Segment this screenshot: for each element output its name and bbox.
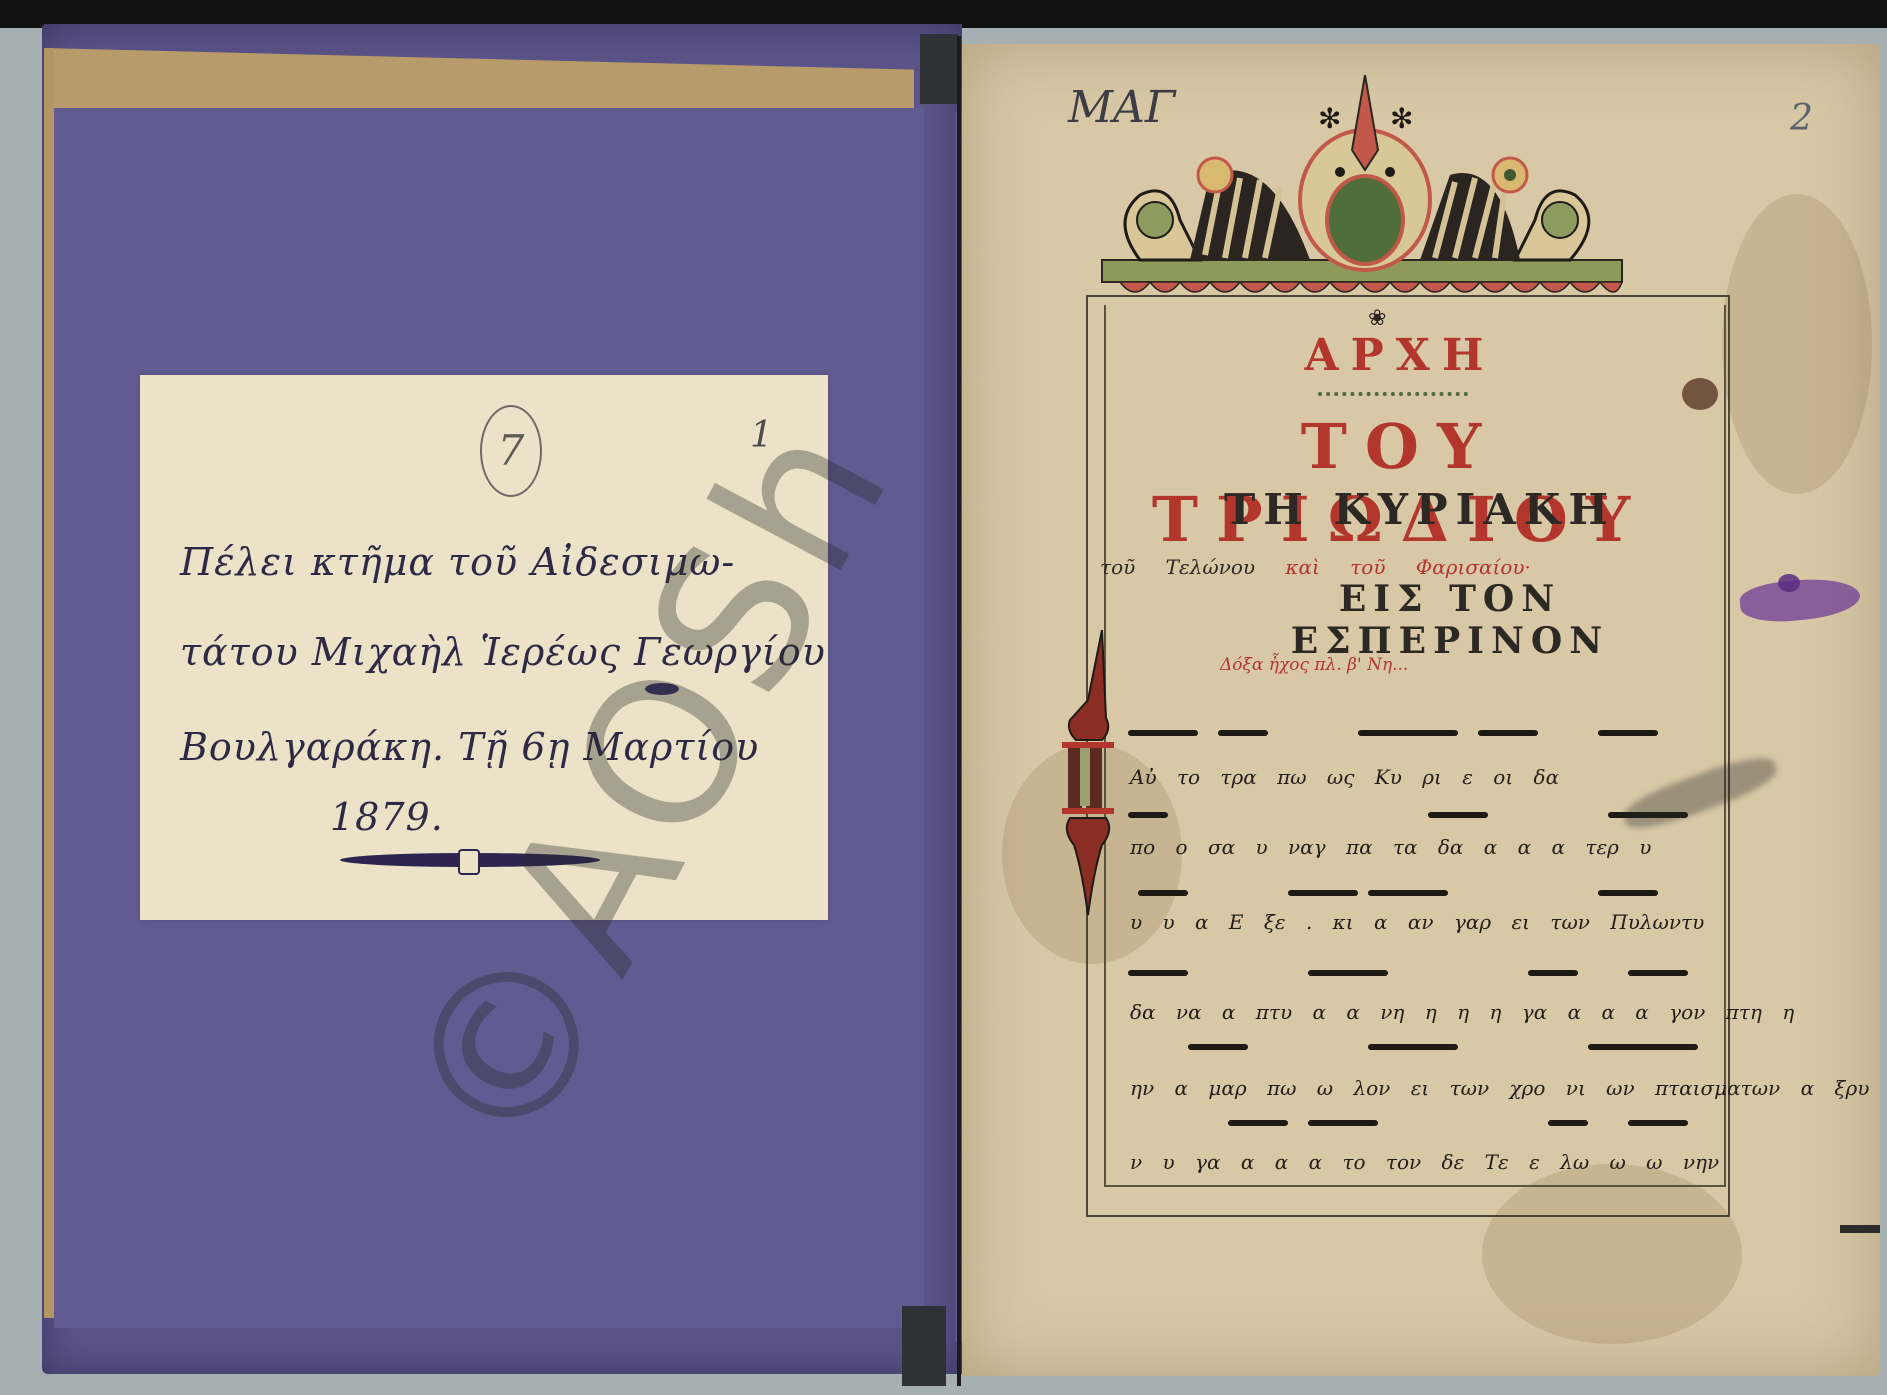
cover-board-exposed-left [44, 48, 54, 1318]
word: Φαρισαίου· [1416, 555, 1531, 579]
mode-rubric: Δόξα ἦχος πλ. β' Νη... [1220, 655, 1520, 675]
neume-line-3 [1128, 878, 1708, 908]
lyric-line-2: πο ο σα υ ναγ πα τα δα α α α τερ υ [1130, 835, 1720, 859]
neume-line-5 [1128, 1032, 1708, 1062]
ink-flourish-icon [340, 853, 600, 867]
neume-line-1 [1128, 718, 1708, 748]
ownership-label: 7 1 Πέλει κτῆμα τοῦ Αἰδεσιμω- τάτου Μιχα… [140, 375, 828, 920]
heading-arxh: ΑΡΧΗ [1280, 330, 1520, 381]
neume-line-6 [1128, 1108, 1708, 1138]
svg-text:✻: ✻ [1390, 102, 1413, 135]
illuminated-initial-icon [1062, 630, 1114, 920]
circled-number: 7 [480, 405, 542, 497]
green-wavy-rule [1318, 386, 1468, 396]
word: τοῦ [1350, 555, 1385, 579]
spine-cloth-top [920, 34, 958, 104]
neume-line-4 [1128, 958, 1708, 988]
spine-cloth-bottom [902, 1306, 946, 1386]
lyric-line-4: δα να α πτυ α α νη η η η γα α α α γον πτ… [1130, 1000, 1720, 1024]
word: Τελώνου [1166, 555, 1255, 579]
lyric-line-1: Αὐ το τρα πω ως Κυ ρι ε οι δα [1130, 765, 1720, 789]
svg-text:✻: ✻ [1318, 102, 1341, 135]
word: τοῦ [1100, 555, 1135, 579]
water-stain [1722, 194, 1872, 494]
inscription-line-3: Βουλγαράκη. Τῇ 6ῃ Μαρτίου [180, 725, 759, 769]
lyric-line-3: υ υ α Ε ξε . κι α αν γαρ ει των Πυλωντυ [1130, 910, 1720, 934]
heading-telonou-farisaiou: τοῦ Τελώνου καὶ τοῦ Φαρισαίου· [1100, 555, 1600, 579]
book-gutter [957, 36, 961, 1386]
ink-blot [645, 683, 679, 695]
label-corner-number: 1 [750, 415, 773, 456]
inscription-line-1: Πέλει κτῆμα τοῦ Αἰδεσιμω- [180, 540, 735, 584]
word: καὶ [1285, 555, 1319, 579]
brown-ink-spot [1682, 378, 1718, 410]
edge-mark [1840, 1225, 1880, 1233]
purple-ink-spot [1778, 574, 1800, 592]
heading-triodion: ΤΟΥ ΤΡΙΩΔΙΟΥ [1080, 410, 1720, 556]
heading-eis-ton-esperinon: ΕΙΣ ΤΟΝ ΕΣΠΕΡΙΝΟΝ [1170, 578, 1730, 662]
rosette-icon: ❀ [1368, 306, 1386, 331]
heading-kyriake: ΤΗ ΚΥΡΙΑΚΗ [1170, 485, 1670, 534]
inscription-line-2: τάτου Μιχαὴλ Ἱερέως Γεωργίου [180, 630, 826, 674]
neume-line-2 [1128, 800, 1708, 830]
inscription-year: 1879. [330, 795, 444, 839]
lyric-line-5: ην α μαρ πω ω λον ει των χρο νι ων πταισ… [1130, 1076, 1720, 1100]
lyric-line-6: ν υ γα α α α το τον δε Τε ε λω ω ω νην [1130, 1150, 1720, 1174]
illuminated-headpiece-icon: ✻ ✻ [1100, 70, 1660, 305]
page-number: 2 [1790, 98, 1813, 139]
